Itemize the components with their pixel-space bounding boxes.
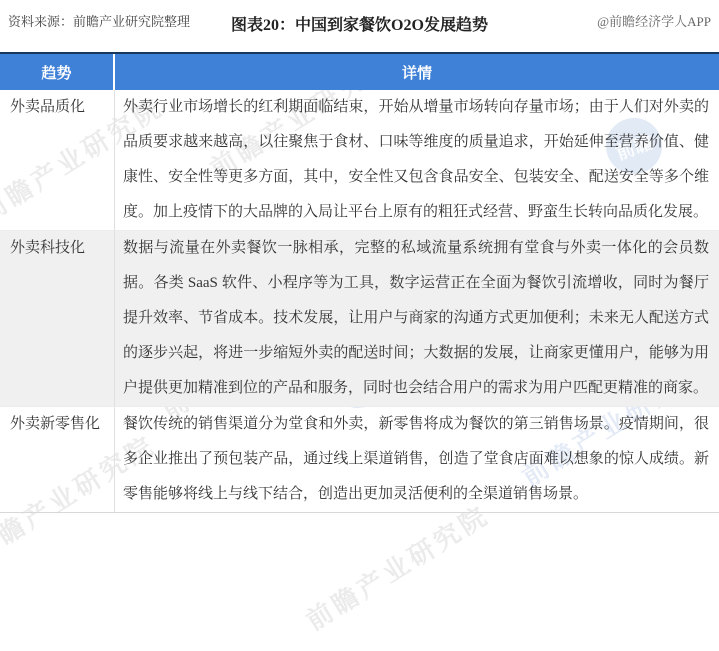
detail-cell: 餐饮传统的销售渠道分为堂食和外卖，新零售将成为餐饮的第三销售场景。疫情期间，很多… [115,407,719,512]
trend-cell: 外卖新零售化 [0,407,115,512]
table-row: 外卖品质化 外卖行业市场增长的红利期面临结束，开始从增量市场转向存量市场；由于人… [0,90,719,230]
table-row: 外卖新零售化 餐饮传统的销售渠道分为堂食和外卖，新零售将成为餐饮的第三销售场景。… [0,406,719,512]
detail-cell: 外卖行业市场增长的红利期面临结束，开始从增量市场转向存量市场；由于人们对外卖的品… [115,90,719,230]
report-figure-page: 前瞻产业研究院 前瞻产业研究院 前瞻产业研究院 前瞻产业研究院 前瞻产业研究院 … [0,0,719,651]
detail-cell: 数据与流量在外卖餐饮一脉相承，完整的私域流量系统拥有堂食与外卖一体化的会员数据。… [115,231,719,406]
trend-cell: 外卖科技化 [0,231,115,406]
source-note: 资料来源：前瞻产业研究院整理 [8,11,190,30]
table-row: 外卖科技化 数据与流量在外卖餐饮一脉相承，完整的私域流量系统拥有堂食与外卖一体化… [0,230,719,406]
column-header-detail: 详情 [115,54,719,90]
figure-content: 图表20：中国到家餐饮O2O发展趋势 趋势 详情 外卖品质化 外卖行业市场增长的… [0,0,719,38]
column-header-trend: 趋势 [0,54,115,90]
app-credit: @前瞻经济学人APP [597,11,711,30]
table-header-row: 趋势 详情 [0,52,719,90]
trends-table: 趋势 详情 外卖品质化 外卖行业市场增长的红利期面临结束，开始从增量市场转向存量… [0,52,719,513]
watermark-text: 前瞻产业研究院 [298,495,496,638]
trend-cell: 外卖品质化 [0,90,115,230]
figure-footer: 资料来源：前瞻产业研究院整理 @前瞻经济学人APP [8,11,711,30]
